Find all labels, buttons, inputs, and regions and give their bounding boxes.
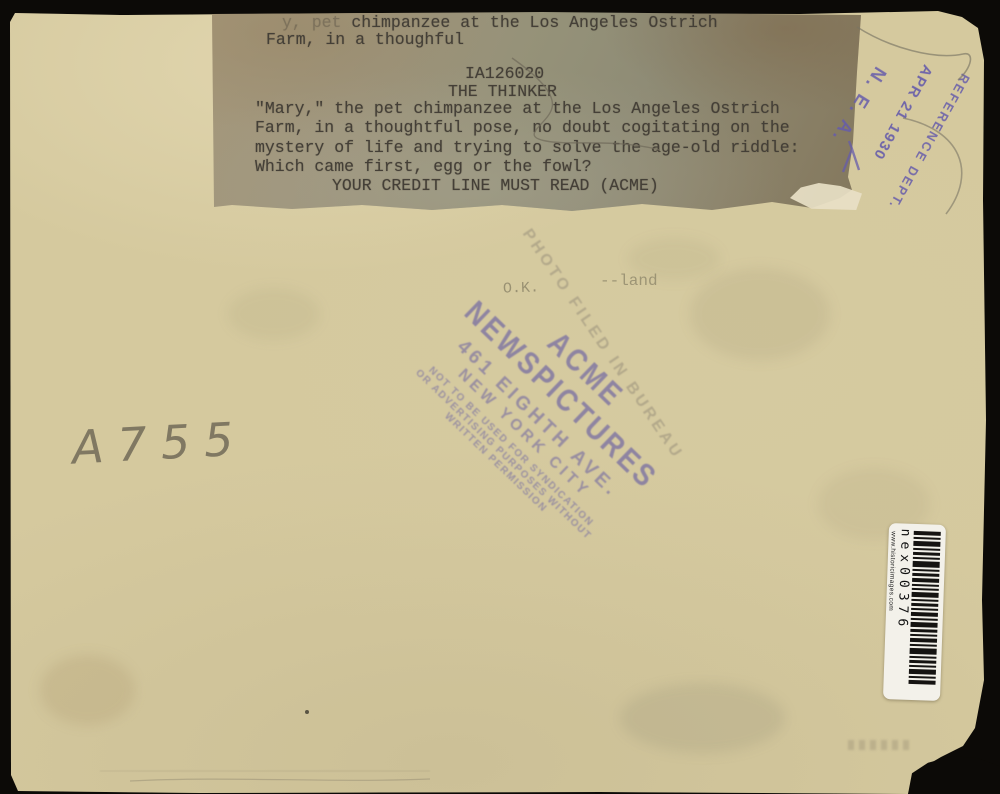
pencil-tick: [130, 779, 430, 781]
pencil-squiggle: [512, 58, 660, 150]
pencil-marks-overlay: [0, 0, 1000, 794]
pencil-curve: [857, 27, 970, 80]
pencil-curve: [903, 118, 962, 214]
purple-check-mark: [843, 141, 859, 172]
